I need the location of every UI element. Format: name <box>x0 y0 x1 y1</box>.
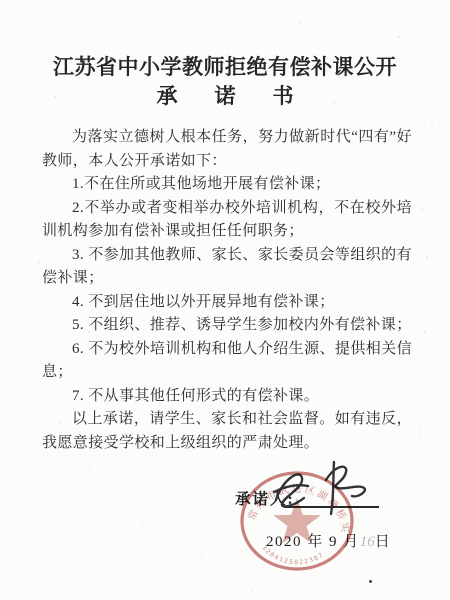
scan-noise-speckles <box>0 0 2 2</box>
ink-dot <box>369 580 372 583</box>
commitment-item-7: 7. 不从事其他任何形式的有偿补课。 <box>42 385 412 409</box>
date-day: 16 <box>360 534 375 550</box>
official-seal-stamp: 常州市武进区湖塘桥实验学校 3204125022307 <box>238 469 356 573</box>
date-suffix: 日 <box>375 534 392 550</box>
commitment-item-2: 2.不举办或者变相举办校外培训机构，不在校外培训机构参加有偿补课或担任任何职务； <box>42 197 412 244</box>
paragraph-closing: 以上承诺，请学生、家长和社会监督。如有违反，我愿意接受学校和上级组织的严肃处理。 <box>42 408 412 455</box>
commitment-item-1: 1.不在住所或其他场地开展有偿补课； <box>42 173 412 197</box>
commitment-item-5: 5. 不组织、推荐、诱导学生参加校内外有偿补课； <box>42 314 412 338</box>
commitment-item-6: 6. 不为校外培训机构和他人介绍生源、提供相关信息； <box>42 338 412 385</box>
document-title: 江苏省中小学教师拒绝有偿补课公开 <box>0 51 450 81</box>
seal-star-icon <box>273 498 321 543</box>
commitment-item-4: 4. 不到居住地以外开展异地有偿补课； <box>42 291 412 315</box>
document-body: 为落实立德树人根本任务，努力做新时代“四有”好教师，本人公开承诺如下： 1.不在… <box>42 126 412 455</box>
document-page: 江苏省中小学教师拒绝有偿补课公开 承 诺 书 为落实立德树人根本任务，努力做新时… <box>0 0 450 600</box>
document-subtitle: 承 诺 书 <box>0 80 450 110</box>
commitment-item-3: 3. 不参加其他教师、家长、家长委员会等组织的有偿补课； <box>42 244 412 291</box>
paragraph-intro: 为落实立德树人根本任务，努力做新时代“四有”好教师，本人公开承诺如下： <box>42 126 412 173</box>
